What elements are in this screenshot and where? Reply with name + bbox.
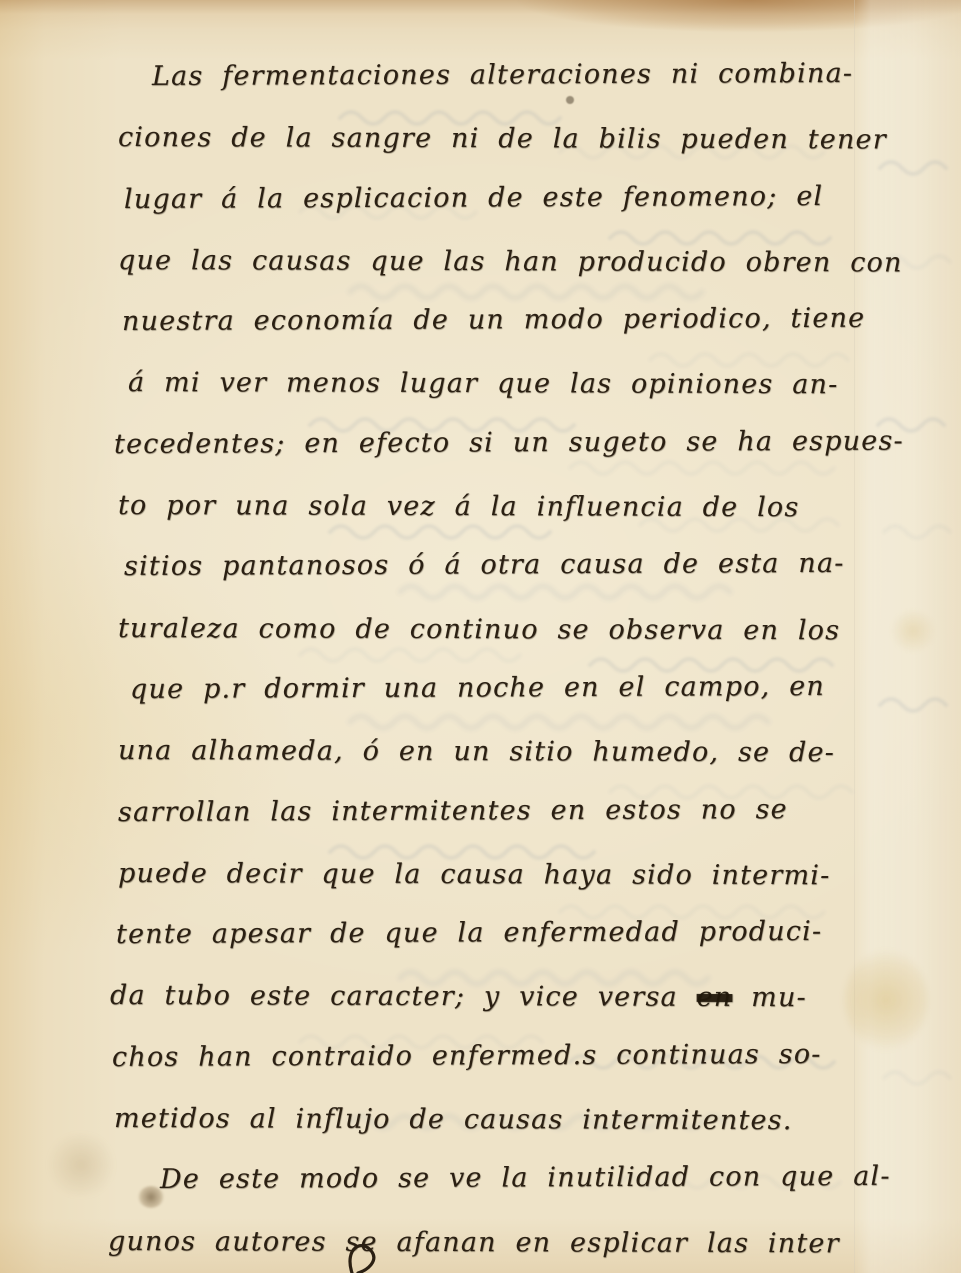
next-line-cutoff-stroke [0,0,961,1273]
manuscript-page: Las fermentaciones alteraciones ni combi… [0,0,961,1273]
